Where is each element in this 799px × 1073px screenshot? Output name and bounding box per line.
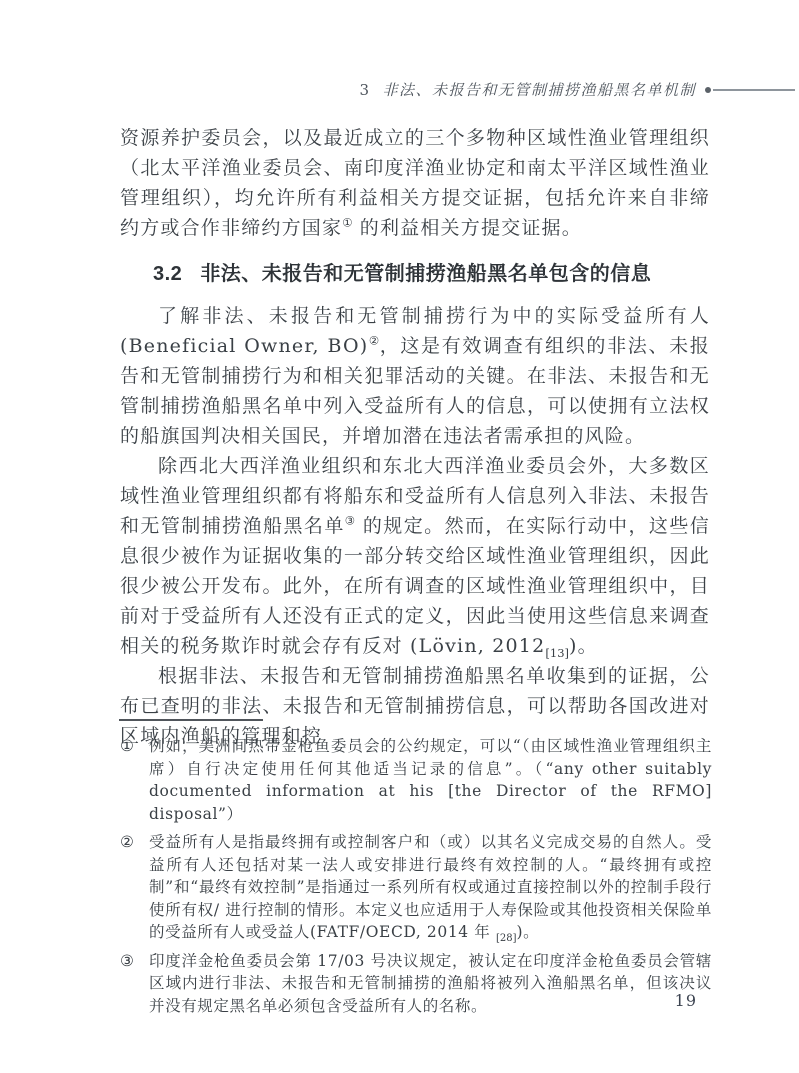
citation-ref: [13] bbox=[545, 646, 569, 660]
section-number: 3.2 bbox=[153, 263, 182, 285]
page-body: 资源养护委员会，以及最近成立的三个多物种区域性渔业管理组织（北太平洋渔业委员会、… bbox=[120, 123, 710, 751]
footnote-3: ③ 印度洋金枪鱼委员会第 17/03 号决议规定，被认定在印度洋金枪鱼委员会管辖… bbox=[120, 950, 712, 1018]
footnote-marker: ③ bbox=[120, 950, 135, 973]
citation-ref: [28] bbox=[496, 933, 517, 944]
section-title: 非法、未报告和无管制捕捞渔船黑名单包含的信息 bbox=[200, 263, 651, 285]
footnote-1: ① 例如，美洲间热带金枪鱼委员会的公约规定，可以“（由区域性渔业管理组织主席）自… bbox=[120, 735, 712, 825]
paragraph-continuation: 资源养护委员会，以及最近成立的三个多物种区域性渔业管理组织（北太平洋渔业委员会、… bbox=[120, 123, 710, 243]
footnote-marker: ② bbox=[120, 831, 135, 854]
footnote-ref-2: ② bbox=[368, 334, 379, 348]
chapter-title: 非法、未报告和无管制捕捞渔船黑名单机制 bbox=[382, 79, 696, 100]
footnote-text: 印度洋金枪鱼委员会第 17/03 号决议规定，被认定在印度洋金枪鱼委员会管辖区域… bbox=[149, 952, 712, 1015]
paragraph-text: 的利益相关方提交证据。 bbox=[353, 217, 582, 239]
footnote-text: 例如，美洲间热带金枪鱼委员会的公约规定，可以“（由区域性渔业管理组织主席）自行决… bbox=[149, 737, 712, 823]
footnote-text-part: )。 bbox=[516, 923, 539, 941]
footnote-text-part: 受益所有人是指最终拥有或控制客户和（或）以其名义完成交易的自然人。受益所有人还包… bbox=[149, 833, 712, 941]
footnote-ref-1: ① bbox=[342, 216, 352, 230]
footnote-2: ② 受益所有人是指最终拥有或控制客户和（或）以其名义完成交易的自然人。受益所有人… bbox=[120, 831, 712, 944]
paragraph-text: )。 bbox=[569, 635, 598, 657]
page-number: 19 bbox=[675, 991, 697, 1010]
paragraph: 了解非法、未报告和无管制捕捞行为中的实际受益所有人(Beneficial Own… bbox=[120, 301, 710, 451]
footnote-ref-3: ③ bbox=[345, 514, 356, 528]
book-page: 3 非法、未报告和无管制捕捞渔船黑名单机制 资源养护委员会，以及最近成立的三个多… bbox=[0, 0, 799, 1073]
footnote-text: 受益所有人是指最终拥有或控制客户和（或）以其名义完成交易的自然人。受益所有人还包… bbox=[149, 833, 712, 941]
footnotes-section: ① 例如，美洲间热带金枪鱼委员会的公约规定，可以“（由区域性渔业管理组织主席）自… bbox=[120, 735, 712, 1023]
chapter-number: 3 bbox=[359, 81, 370, 99]
paragraph: 除西北大西洋渔业组织和东北大西洋渔业委员会外，大多数区域性渔业管理组织都有将船东… bbox=[120, 451, 710, 661]
bullet-icon bbox=[705, 87, 711, 93]
footnote-separator bbox=[119, 719, 263, 721]
footnote-marker: ① bbox=[120, 735, 135, 758]
header-rule bbox=[713, 89, 795, 91]
section-heading: 3.2非法、未报告和无管制捕捞渔船黑名单包含的信息 bbox=[120, 260, 710, 288]
running-header: 3 非法、未报告和无管制捕捞渔船黑名单机制 bbox=[120, 79, 795, 100]
